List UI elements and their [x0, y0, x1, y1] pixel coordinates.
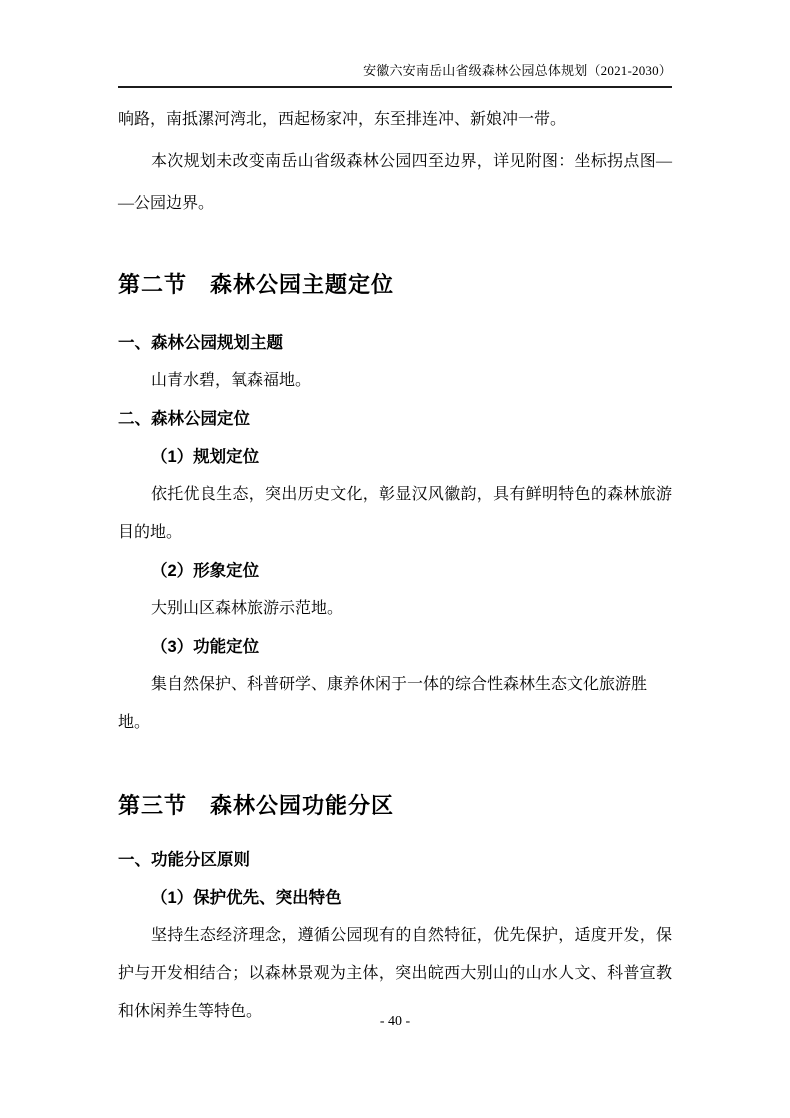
paragraph-line: 坚持生态经济理念，遵循公园现有的自然特征，优先保护，适度开发，保 [118, 917, 672, 955]
section2-item3-title: （3）功能定位 [118, 628, 672, 666]
page-header: 安徽六安南岳山省级森林公园总体规划（2021-2030） [118, 0, 672, 88]
intro-paragraph: 响路，南抵漯河湾北，西起杨家冲，东至排连冲、新娘冲一带。 本次规划未改变南岳山省… [118, 99, 672, 225]
section2-item3-text: 集自然保护、科普研学、康养休闲于一体的综合性森林生态文化旅游胜地。 [118, 666, 672, 742]
section2-sub1-title: 一、森林公园规划主题 [118, 324, 672, 362]
section2-item1-title: （1）规划定位 [118, 438, 672, 476]
header-title: 安徽六安南岳山省级森林公园总体规划（2021-2030） [118, 60, 672, 88]
paragraph-line: 护与开发相结合；以森林景观为主体，突出皖西大别山的山水人文、科普宣教 [118, 955, 672, 993]
section3-sub1-title: 一、功能分区原则 [118, 841, 672, 879]
paragraph-line: —公园边界。 [118, 183, 672, 225]
paragraph-line: 目的地。 [118, 514, 672, 552]
paragraph-line: 响路，南抵漯河湾北，西起杨家冲，东至排连冲、新娘冲一带。 [118, 99, 672, 141]
section2-item2-text: 大别山区森林旅游示范地。 [118, 590, 672, 628]
section3-item1-title: （1）保护优先、突出特色 [118, 879, 672, 917]
section3-title: 第三节 森林公园功能分区 [118, 791, 672, 821]
section2-sub2-title: 二、森林公园定位 [118, 400, 672, 438]
footer-page-number: - 40 - [0, 1014, 790, 1030]
paragraph-line: 本次规划未改变南岳山省级森林公园四至边界，详见附图：坐标拐点图— [118, 141, 672, 183]
section2-title: 第二节 森林公园主题定位 [118, 270, 672, 300]
paragraph-line: 依托优良生态，突出历史文化，彰显汉风徽韵，具有鲜明特色的森林旅游 [118, 476, 672, 514]
section2-item2-title: （2）形象定位 [118, 552, 672, 590]
document-page: 安徽六安南岳山省级森林公园总体规划（2021-2030） 响路，南抵漯河湾北，西… [118, 0, 672, 1031]
section2-sub1-text: 山青水碧，氧森福地。 [118, 362, 672, 400]
